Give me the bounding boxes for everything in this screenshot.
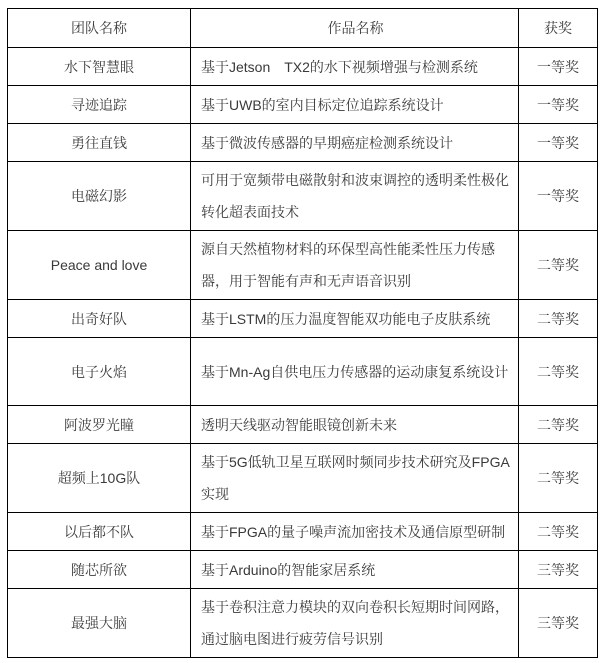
table-row: 阿波罗光瞳 透明天线驱动智能眼镜创新未来 二等奖 bbox=[8, 406, 598, 444]
work-name-cell: 源自天然植物材料的环保型高性能柔性压力传感器，用于智能有声和无声语音识别 bbox=[191, 231, 519, 300]
award-table: 团队名称 作品名称 获奖 水下智慧眼 基于Jetson TX2的水下视频增强与检… bbox=[7, 8, 598, 658]
team-name-cell: 电子火焰 bbox=[8, 338, 191, 406]
work-name-cell: 基于FPGA的量子噪声流加密技术及通信原型研制 bbox=[191, 513, 519, 551]
work-name-cell: 基于Jetson TX2的水下视频增强与检测系统 bbox=[191, 48, 519, 86]
work-name-cell: 可用于宽频带电磁散射和波束调控的透明柔性极化转化超表面技术 bbox=[191, 162, 519, 231]
work-name-cell: 透明天线驱动智能眼镜创新未来 bbox=[191, 406, 519, 444]
team-name-cell: 随芯所欲 bbox=[8, 551, 191, 589]
work-name-cell: 基于5G低轨卫星互联网时频同步技术研究及FPGA实现 bbox=[191, 444, 519, 513]
work-name-cell: 基于LSTM的压力温度智能双功能电子皮肤系统 bbox=[191, 300, 519, 338]
award-cell: 一等奖 bbox=[519, 162, 598, 231]
table-row: 超频上10G队 基于5G低轨卫星互联网时频同步技术研究及FPGA实现 二等奖 bbox=[8, 444, 598, 513]
team-name-cell: 超频上10G队 bbox=[8, 444, 191, 513]
work-name-cell: 基于UWB的室内目标定位追踪系统设计 bbox=[191, 86, 519, 124]
award-cell: 二等奖 bbox=[519, 231, 598, 300]
team-name-cell: 出奇好队 bbox=[8, 300, 191, 338]
award-cell: 二等奖 bbox=[519, 444, 598, 513]
table-row: 最强大脑 基于卷积注意力模块的双向卷积长短期时间网路，通过脑电图进行疲劳信号识别… bbox=[8, 589, 598, 658]
table-row: Peace and love 源自天然植物材料的环保型高性能柔性压力传感器，用于… bbox=[8, 231, 598, 300]
header-team-name: 团队名称 bbox=[8, 9, 191, 48]
table-row: 电子火焰 基于Mn-Ag自供电压力传感器的运动康复系统设计 二等奖 bbox=[8, 338, 598, 406]
team-name-cell: 电磁幻影 bbox=[8, 162, 191, 231]
team-name-cell: 寻迹追踪 bbox=[8, 86, 191, 124]
award-cell: 一等奖 bbox=[519, 48, 598, 86]
work-name-cell: 基于卷积注意力模块的双向卷积长短期时间网路，通过脑电图进行疲劳信号识别 bbox=[191, 589, 519, 658]
table-row: 电磁幻影 可用于宽频带电磁散射和波束调控的透明柔性极化转化超表面技术 一等奖 bbox=[8, 162, 598, 231]
table-row: 以后都不队 基于FPGA的量子噪声流加密技术及通信原型研制 二等奖 bbox=[8, 513, 598, 551]
team-name-cell: 最强大脑 bbox=[8, 589, 191, 658]
team-name-cell: 以后都不队 bbox=[8, 513, 191, 551]
award-cell: 一等奖 bbox=[519, 86, 598, 124]
table-row: 随芯所欲 基于Arduino的智能家居系统 三等奖 bbox=[8, 551, 598, 589]
team-name-cell: Peace and love bbox=[8, 231, 191, 300]
work-name-cell: 基于微波传感器的早期癌症检测系统设计 bbox=[191, 124, 519, 162]
work-name-cell: 基于Arduino的智能家居系统 bbox=[191, 551, 519, 589]
team-name-cell: 勇往直钱 bbox=[8, 124, 191, 162]
award-cell: 一等奖 bbox=[519, 124, 598, 162]
award-cell: 二等奖 bbox=[519, 338, 598, 406]
work-name-cell: 基于Mn-Ag自供电压力传感器的运动康复系统设计 bbox=[191, 338, 519, 406]
team-name-cell: 阿波罗光瞳 bbox=[8, 406, 191, 444]
award-cell: 二等奖 bbox=[519, 513, 598, 551]
award-cell: 二等奖 bbox=[519, 406, 598, 444]
table-row: 勇往直钱 基于微波传感器的早期癌症检测系统设计 一等奖 bbox=[8, 124, 598, 162]
table-header-row: 团队名称 作品名称 获奖 bbox=[8, 9, 598, 48]
award-cell: 三等奖 bbox=[519, 551, 598, 589]
table-row: 水下智慧眼 基于Jetson TX2的水下视频增强与检测系统 一等奖 bbox=[8, 48, 598, 86]
header-award: 获奖 bbox=[519, 9, 598, 48]
page: 团队名称 作品名称 获奖 水下智慧眼 基于Jetson TX2的水下视频增强与检… bbox=[0, 0, 608, 663]
header-work-name: 作品名称 bbox=[191, 9, 519, 48]
table-row: 出奇好队 基于LSTM的压力温度智能双功能电子皮肤系统 二等奖 bbox=[8, 300, 598, 338]
award-cell: 二等奖 bbox=[519, 300, 598, 338]
team-name-cell: 水下智慧眼 bbox=[8, 48, 191, 86]
table-row: 寻迹追踪 基于UWB的室内目标定位追踪系统设计 一等奖 bbox=[8, 86, 598, 124]
award-cell: 三等奖 bbox=[519, 589, 598, 658]
